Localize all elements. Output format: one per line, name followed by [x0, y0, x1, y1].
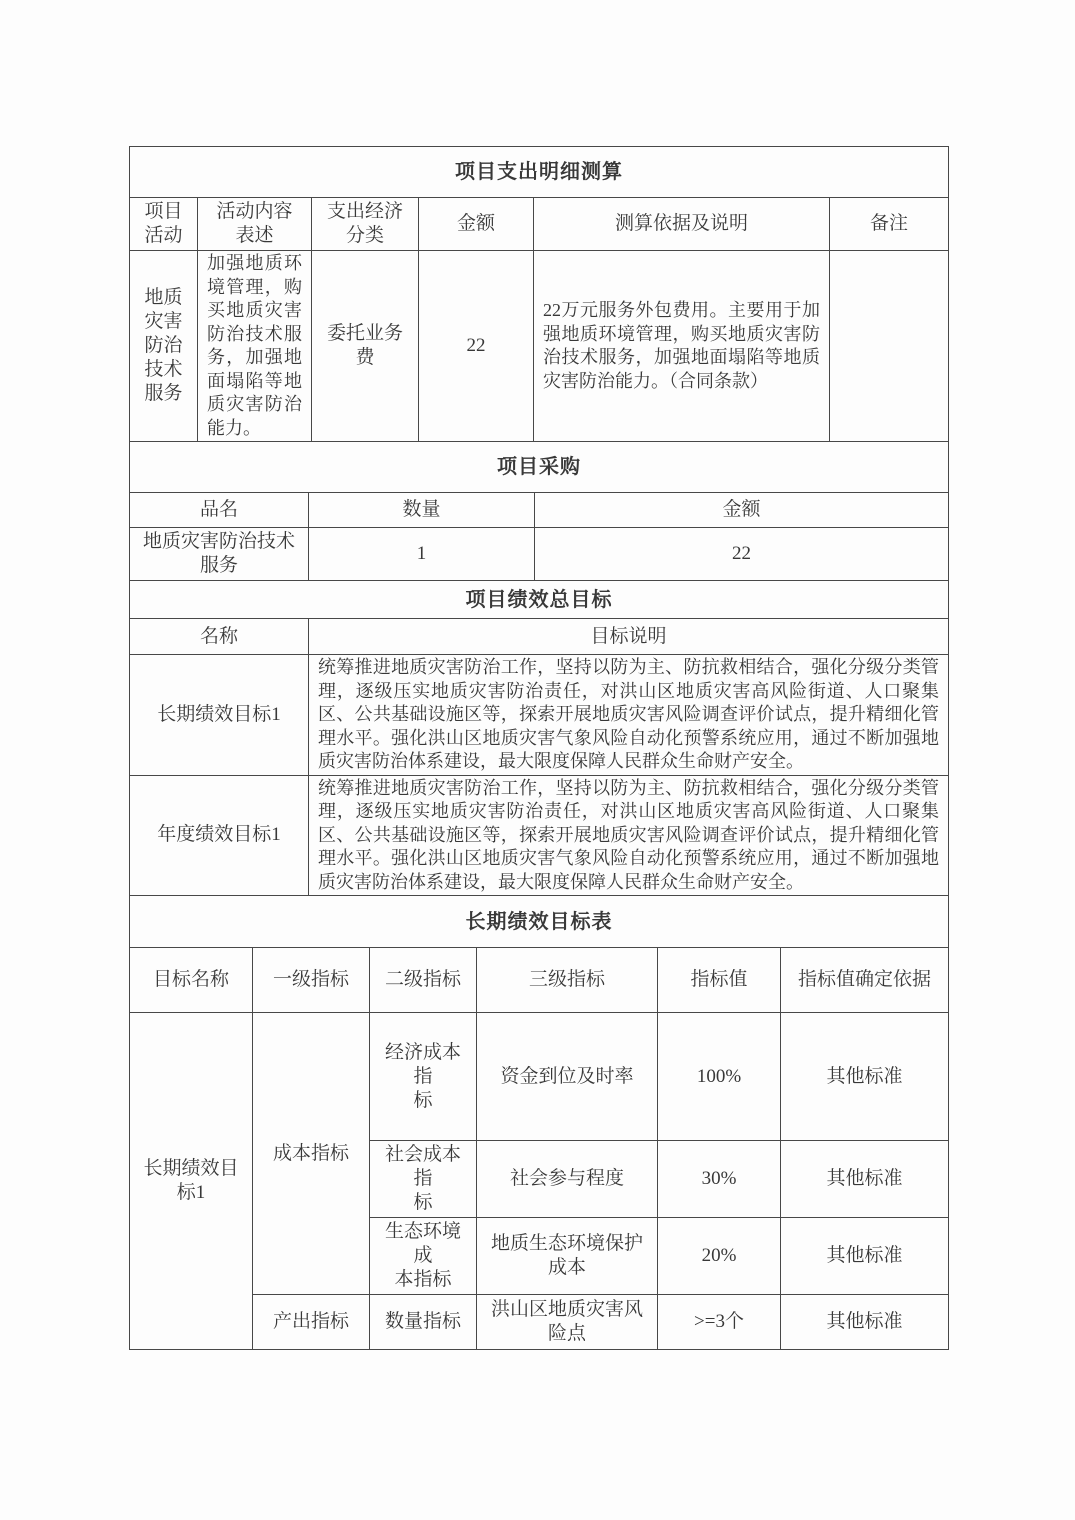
longterm-cell-level1-output: 产出指标: [253, 1295, 370, 1350]
longterm-header-goal-name: 目标名称: [130, 948, 253, 1013]
longterm-header-level3: 三级指标: [477, 948, 658, 1013]
document-page: 项目支出明细测算 项目 活动 活动内容 表述 支出经济 分类 金额 测算依据及说…: [0, 0, 1075, 1520]
longterm-goals-table: 长期绩效目标表 目标名称 一级指标 二级指标 三级指标 指标值 指标值确定依据 …: [129, 895, 949, 1350]
expenditure-header-activity: 项目 活动: [130, 198, 198, 251]
expenditure-header-remark: 备注: [830, 198, 949, 251]
longterm-cell-goal-name: 长期绩效目 标1: [130, 1013, 253, 1350]
budget-form: 项目支出明细测算 项目 活动 活动内容 表述 支出经济 分类 金额 测算依据及说…: [129, 146, 948, 1350]
longterm-cell-level1-cost: 成本指标: [253, 1013, 370, 1295]
indicator-value: 20%: [658, 1218, 781, 1295]
indicator-level3: 社会参与程度: [477, 1141, 658, 1218]
procurement-title: 项目采购: [130, 442, 949, 493]
expenditure-cell-category: 委托业务费: [312, 251, 419, 442]
goal-row-description: 统筹推进地质灾害防治工作，坚持以防为主、防抗救相结合，强化分级分类管理，逐级压实…: [309, 655, 949, 776]
expenditure-title: 项目支出明细测算: [130, 147, 949, 198]
expenditure-table: 项目支出明细测算 项目 活动 活动内容 表述 支出经济 分类 金额 测算依据及说…: [129, 146, 949, 442]
indicator-basis: 其他标准: [781, 1218, 949, 1295]
procurement-header-quantity: 数量: [309, 493, 535, 528]
indicator-level2: 生态环境成 本指标: [370, 1218, 477, 1295]
indicator-basis: 其他标准: [781, 1013, 949, 1141]
indicator-level2: 经济成本指 标: [370, 1013, 477, 1141]
procurement-cell-amount: 22: [535, 528, 949, 581]
goal-row-name: 长期绩效目标1: [130, 655, 309, 776]
goal-row-name: 年度绩效目标1: [130, 775, 309, 896]
overall-goals-table: 项目绩效总目标 名称 目标说明 长期绩效目标1 统筹推进地质灾害防治工作，坚持以…: [129, 580, 949, 896]
overall-goals-header-name: 名称: [130, 619, 309, 655]
longterm-title: 长期绩效目标表: [130, 896, 949, 948]
indicator-basis: 其他标准: [781, 1141, 949, 1218]
goal-row-description: 统筹推进地质灾害防治工作，坚持以防为主、防抗救相结合，强化分级分类管理，逐级压实…: [309, 775, 949, 896]
indicator-level3: 地质生态环境保护 成本: [477, 1218, 658, 1295]
expenditure-cell-amount: 22: [419, 251, 534, 442]
expenditure-cell-description: 加强地质环境管理，购买地质灾害防治技术服务，加强地面塌陷等地质灾害防治能力。: [198, 251, 312, 442]
indicator-level2: 数量指标: [370, 1295, 477, 1350]
indicator-value: 100%: [658, 1013, 781, 1141]
indicator-value: 30%: [658, 1141, 781, 1218]
expenditure-cell-remark: [830, 251, 949, 442]
procurement-cell-name: 地质灾害防治技术 服务: [130, 528, 309, 581]
indicator-level3: 资金到位及时率: [477, 1013, 658, 1141]
expenditure-header-description: 活动内容 表述: [198, 198, 312, 251]
expenditure-cell-basis: 22万元服务外包费用。主要用于加强地质环境管理，购买地质灾害防治技术服务，加强地…: [534, 251, 830, 442]
longterm-header-level2: 二级指标: [370, 948, 477, 1013]
expenditure-header-basis: 测算依据及说明: [534, 198, 830, 251]
longterm-header-level1: 一级指标: [253, 948, 370, 1013]
indicator-level3: 洪山区地质灾害风 险点: [477, 1295, 658, 1350]
procurement-header-name: 品名: [130, 493, 309, 528]
overall-goals-header-description: 目标说明: [309, 619, 949, 655]
indicator-value: >=3个: [658, 1295, 781, 1350]
expenditure-cell-activity: 地质 灾害 防治 技术 服务: [130, 251, 198, 442]
indicator-level2: 社会成本指 标: [370, 1141, 477, 1218]
expenditure-header-category: 支出经济 分类: [312, 198, 419, 251]
overall-goals-title: 项目绩效总目标: [130, 581, 949, 619]
procurement-table: 项目采购 品名 数量 金额 地质灾害防治技术 服务 1 22: [129, 441, 949, 581]
procurement-cell-quantity: 1: [309, 528, 535, 581]
longterm-header-basis: 指标值确定依据: [781, 948, 949, 1013]
indicator-basis: 其他标准: [781, 1295, 949, 1350]
expenditure-header-amount: 金额: [419, 198, 534, 251]
longterm-header-value: 指标值: [658, 948, 781, 1013]
procurement-header-amount: 金额: [535, 493, 949, 528]
